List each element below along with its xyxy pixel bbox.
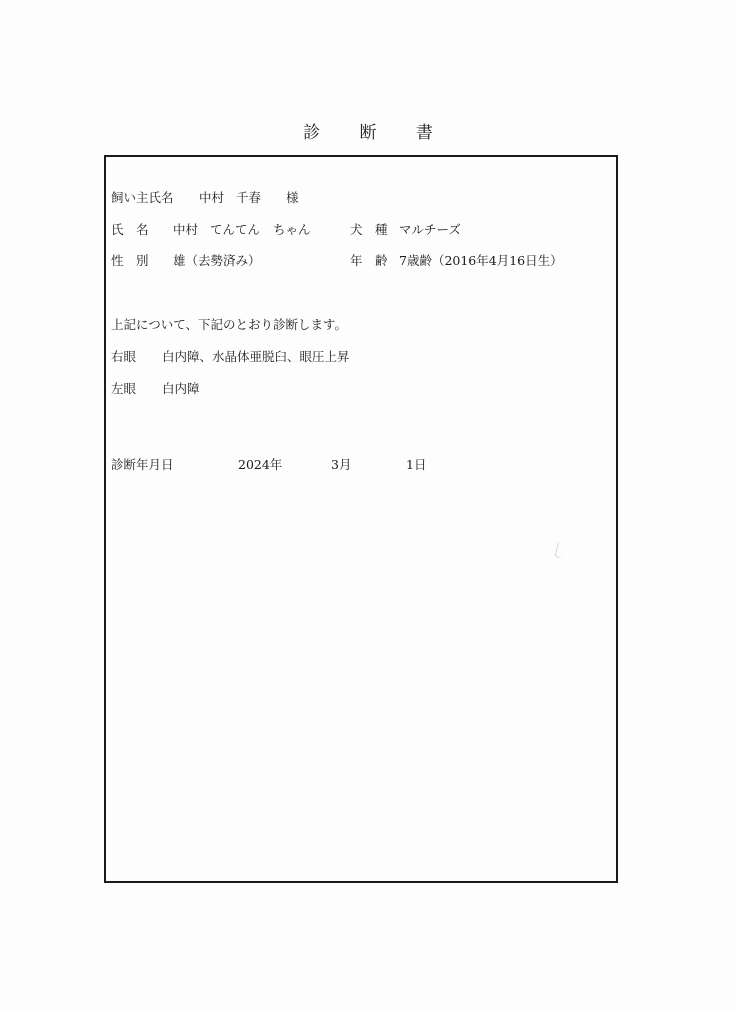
document-title: 診 断 書 [0, 118, 736, 143]
sex-value: 雄（去勢済み） [173, 254, 261, 268]
left-eye-diagnosis: 白内障 [162, 382, 200, 396]
right-eye-diagnosis: 白内障、水晶体亜脱臼、眼圧上昇 [162, 350, 350, 364]
diagnosis-month: 3月 [331, 458, 351, 472]
pet-surname: 中村 [173, 223, 198, 237]
owner-honorific: 様 [286, 191, 299, 205]
document-page: 診 断 書 飼い主氏名 中村 千春 様 氏 名 中村 てんてん ちゃん 犬 種 … [0, 0, 736, 1012]
age-value: 7歳齢（2016年4月16日生） [399, 254, 563, 268]
diagnosis-year: 2024年 [238, 458, 282, 472]
diagnosis-date-label: 診断年月日 [111, 458, 174, 472]
diagnosis-day: 1日 [406, 458, 426, 472]
pet-honorific: ちゃん [273, 223, 311, 237]
pet-name-label: 氏 名 [111, 223, 149, 237]
age-label: 年 齢 [350, 254, 388, 268]
owner-label: 飼い主氏名 [111, 191, 174, 205]
pet-name: てんてん [210, 223, 260, 237]
title-char-2: 断 [360, 118, 377, 143]
title-char-3: 書 [416, 118, 433, 143]
right-eye-label: 右眼 [111, 350, 136, 364]
left-eye-label: 左眼 [111, 382, 136, 396]
breed-value: マルチーズ [399, 223, 461, 237]
owner-given-name: 千春 [236, 191, 261, 205]
diagnosis-intro: 上記について、下記のとおり診断します。 [111, 318, 347, 332]
owner-surname: 中村 [199, 191, 224, 205]
title-char-1: 診 [303, 118, 320, 143]
sex-label: 性 別 [111, 254, 149, 268]
breed-label: 犬 種 [350, 223, 388, 237]
